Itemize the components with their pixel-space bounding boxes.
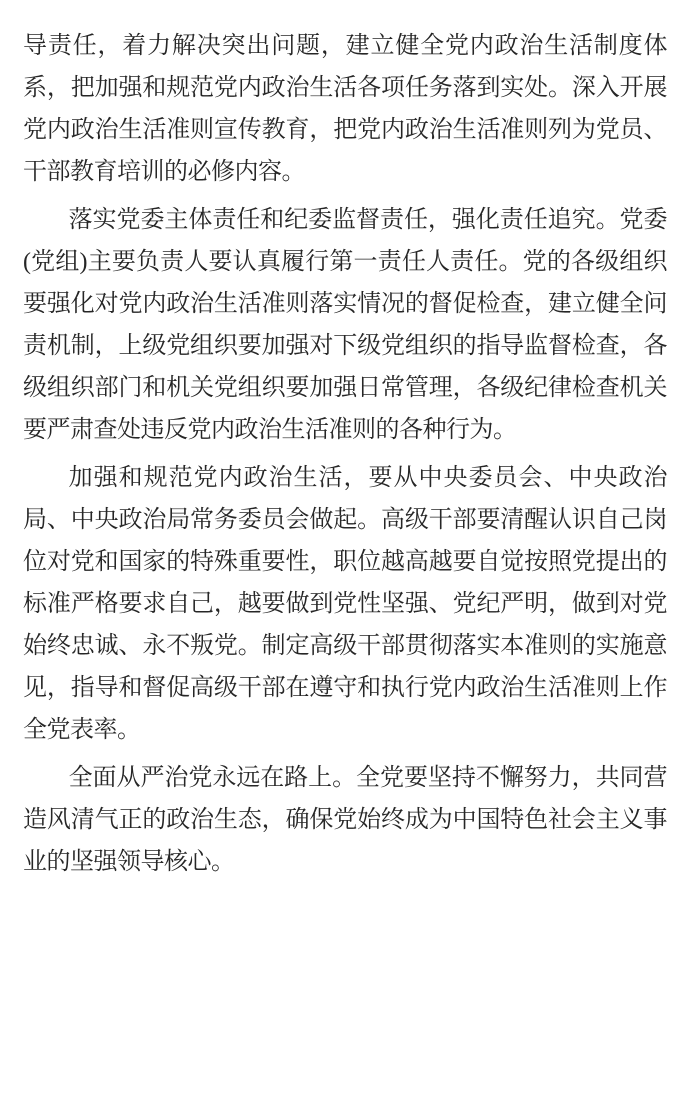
document-page: 导责任，着力解决突出问题，建立健全党内政治生活制度体系，把加强和规范党内政治生活… bbox=[0, 0, 691, 1096]
paragraph-conclusion: 全面从严治党永远在路上。全党要坚持不懈努力，共同营造风清气正的政治生态，确保党始… bbox=[23, 757, 667, 883]
document-body: 导责任，着力解决突出问题，建立健全党内政治生活制度体系，把加强和规范党内政治生活… bbox=[23, 25, 667, 883]
paragraph-continuation: 导责任，着力解决突出问题，建立健全党内政治生活制度体系，把加强和规范党内政治生活… bbox=[23, 25, 667, 193]
paragraph-responsibility: 落实党委主体责任和纪委监督责任，强化责任追究。党委(党组)主要负责人要认真履行第… bbox=[23, 199, 667, 451]
paragraph-senior-cadres: 加强和规范党内政治生活，要从中央委员会、中央政治局、中央政治局常务委员会做起。高… bbox=[23, 457, 667, 751]
